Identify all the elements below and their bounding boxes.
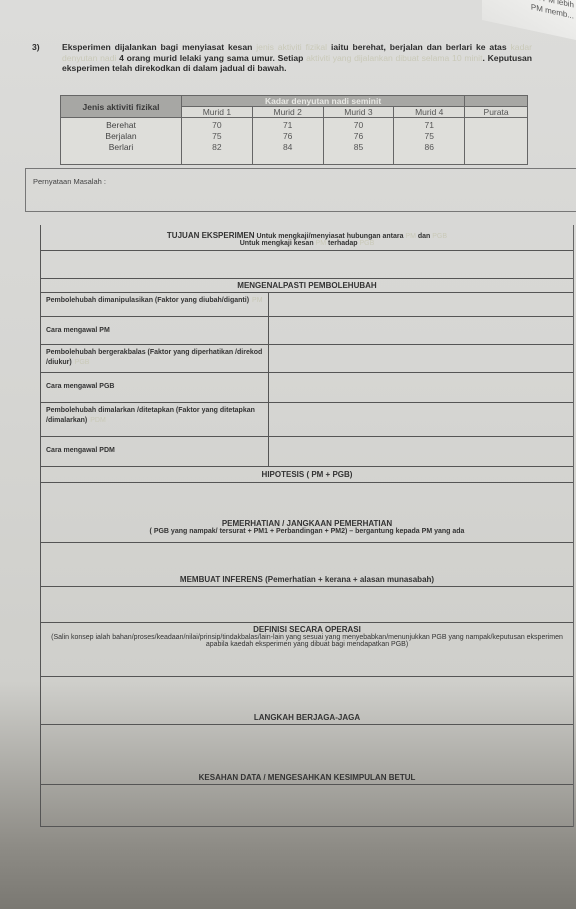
header-student-3: Murid 3: [323, 107, 394, 118]
problem-statement-label: Pernyataan Masalah :: [33, 177, 106, 186]
variable-label: Cara mengawal PM: [41, 317, 269, 344]
variable-label: Pembolehubah dimalarkan /ditetapkan (Fak…: [41, 403, 269, 436]
activity-cell: Berehat Berjalan Berlari: [61, 118, 182, 165]
variable-label: Cara mengawal PGB: [41, 373, 269, 402]
inference-answer[interactable]: [41, 587, 573, 623]
variable-answer[interactable]: [269, 403, 573, 436]
average-cell[interactable]: [465, 118, 528, 165]
variable-row: Pembolehubah dimanipulasikan (Faktor yan…: [41, 293, 573, 317]
problem-statement-box[interactable]: Pernyataan Masalah :: [25, 168, 576, 212]
page-corner-fragment: ...an PM lebih PM memb...: [482, 0, 576, 40]
question-text-part: 4 orang murid lelaki yang sama umur. Set…: [116, 53, 306, 63]
variable-row: Pembolehubah bergerakbalas (Faktor yang …: [41, 345, 573, 373]
variable-label: Pembolehubah dimanipulasikan (Faktor yan…: [41, 293, 269, 316]
question-text: Eksperimen dijalankan bagi menyiasat kes…: [62, 42, 532, 74]
header-average: Purata: [465, 107, 528, 118]
hypothesis-heading: HIPOTESIS ( PM + PGB): [41, 467, 573, 483]
highlighted-term: aktiviti yang dijalankan dibuat selama 1…: [306, 53, 482, 63]
validity-heading: KESAHAN DATA / MENGESAHKAN KESIMPULAN BE…: [41, 725, 573, 785]
definition-heading: DEFINISI SECARA OPERASI (Salin konsep ia…: [41, 623, 573, 677]
variable-answer[interactable]: [269, 345, 573, 372]
precaution-heading: LANGKAH BERJAGA-JAGA: [41, 677, 573, 725]
aim-row: TUJUAN EKSPERIMEN Untuk mengkaji/menyias…: [41, 225, 573, 251]
observation-heading: PEMERHATIAN / JANGKAAN PEMERHATIAN ( PGB…: [41, 483, 573, 543]
variable-answer[interactable]: [269, 317, 573, 344]
question-text-part: Eksperimen dijalankan bagi menyiasat kes…: [62, 42, 256, 52]
variable-row: Cara mengawal PM: [41, 317, 573, 345]
variable-row: Cara mengawal PGB: [41, 373, 573, 403]
header-student-4: Murid 4: [394, 107, 465, 118]
variables-heading: MENGENALPASTI PEMBOLEHUBAH: [41, 279, 573, 293]
experiment-form: TUJUAN EKSPERIMEN Untuk mengkaji/menyias…: [40, 225, 574, 827]
table-row: Berehat Berjalan Berlari 707582 717684 7…: [61, 118, 528, 165]
header-activity: Jenis aktiviti fizikal: [61, 96, 182, 118]
question-3: 3) Eksperimen dijalankan bagi menyiasat …: [32, 42, 532, 74]
question-number: 3): [32, 42, 40, 53]
variable-answer[interactable]: [269, 373, 573, 402]
variable-row: Pembolehubah dimalarkan /ditetapkan (Fak…: [41, 403, 573, 437]
inference-heading: MEMBUAT INFERENS (Pemerhatian + kerana +…: [41, 543, 573, 587]
variable-answer[interactable]: [269, 293, 573, 316]
header-student-2: Murid 2: [252, 107, 323, 118]
variable-answer[interactable]: [269, 437, 573, 466]
highlighted-term: jenis aktiviti fizikal: [256, 42, 327, 52]
results-table: Jenis aktiviti fizikal Kadar denyutan na…: [60, 95, 528, 165]
variable-label: Pembolehubah bergerakbalas (Faktor yang …: [41, 345, 269, 372]
aim-answer[interactable]: [41, 251, 573, 279]
validity-answer[interactable]: [41, 785, 573, 827]
variable-label: Cara mengawal PDM: [41, 437, 269, 466]
question-text-part: iaitu berehat, berjalan dan berlari ke a…: [327, 42, 510, 52]
header-student-1: Murid 1: [182, 107, 253, 118]
header-pulse-rate: Kadar denyutan nadi seminit: [182, 96, 465, 107]
variable-row: Cara mengawal PDM: [41, 437, 573, 467]
